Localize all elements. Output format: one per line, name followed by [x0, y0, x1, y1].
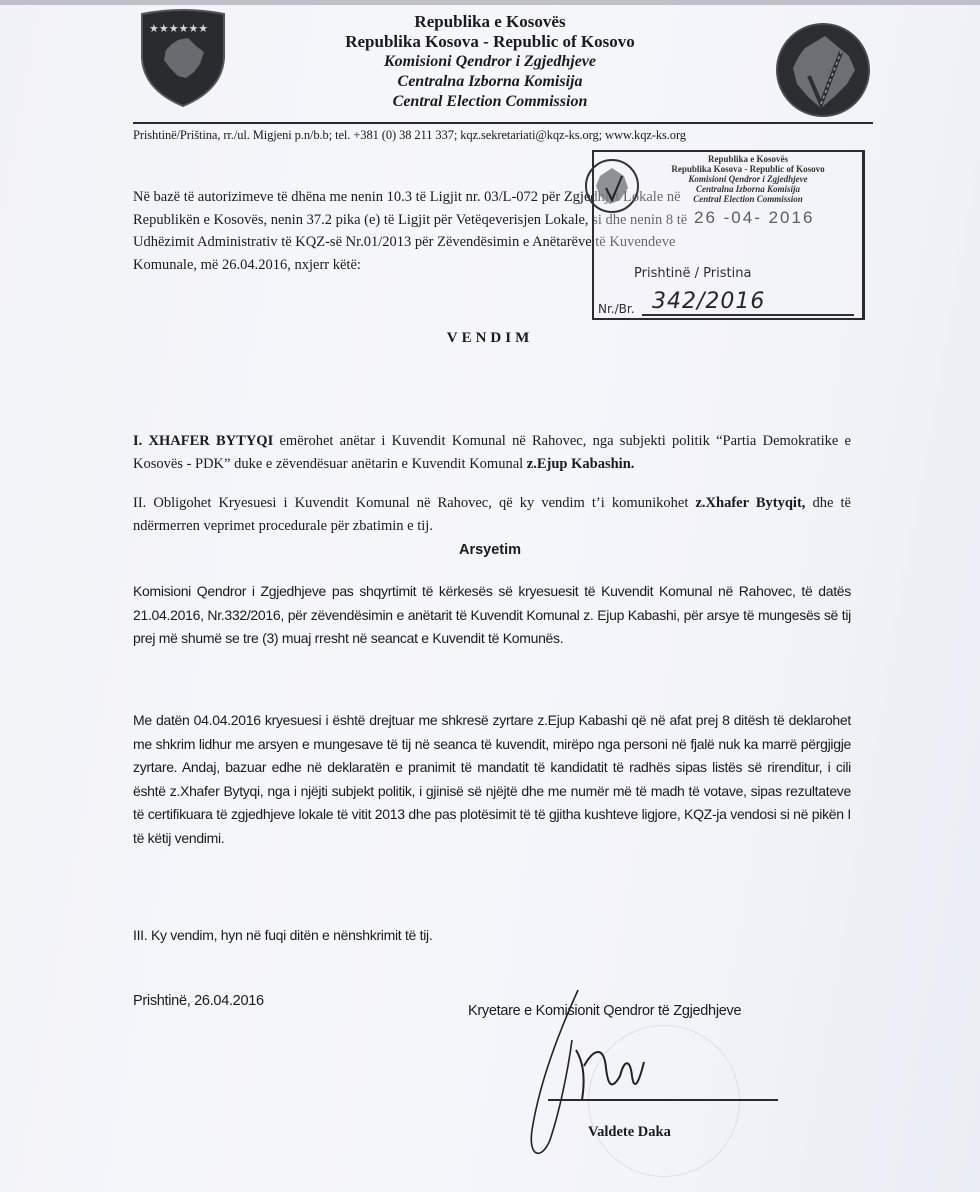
stamp-seal-icon — [584, 158, 640, 214]
reasoning-paragraph-2: Me datën 04.04.2016 kryesuesi i është dr… — [133, 709, 851, 850]
header-line-3: Komisioni Qendror i Zgjedhjeve — [300, 52, 680, 72]
document-page: ★★★★★★ Republika e Kosovës Republika Kos… — [0, 0, 980, 1192]
stamp-line-4: Centralna Izborna Komisija — [638, 184, 858, 194]
stamp-date: 26 -04- 2016 — [694, 208, 814, 228]
header-line-1: Republika e Kosovës — [300, 12, 680, 32]
section-1-replaced: z.Ejup Kabashin. — [527, 456, 635, 472]
signatory-name: Valdete Daka — [588, 1124, 671, 1141]
header-line-4: Centralna Izborna Komisija — [300, 72, 680, 92]
cec-logo-icon — [775, 22, 871, 118]
header-address: Prishtinë/Priština, rr./ul. Migjeni p.n/… — [133, 128, 686, 143]
header-line-5: Central Election Commission — [300, 92, 680, 112]
stamp-city: Prishtinë / Pristina — [634, 266, 751, 281]
stamp-line-3: Komisioni Qendror i Zgjedhjeve — [638, 174, 858, 184]
section-2-name: z.Xhafer Bytyqit, — [696, 495, 806, 511]
coat-of-arms-icon: ★★★★★★ — [138, 8, 228, 108]
section-2-text: II. Obligohet Kryesuesi i Kuvendit Komun… — [133, 495, 696, 511]
header-line-2: Republika Kosova - Republic of Kosovo — [300, 32, 680, 52]
section-1-name: I. XHAFER BYTYQI — [133, 433, 273, 449]
place-date: Prishtinë, 26.04.2016 — [133, 993, 264, 1009]
reasoning-paragraph-1: Komisioni Qendror i Zgjedhjeve pas shqyr… — [133, 580, 851, 651]
stamp-number-line — [642, 314, 854, 316]
section-3: III. Ky vendim, hyn në fuqi ditën e nëns… — [133, 924, 851, 947]
scan-edge — [0, 0, 980, 5]
decision-title: VENDIM — [0, 330, 980, 347]
stamp-number-value: 342/2016 — [652, 289, 765, 314]
stamp-line-2: Republika Kosova - Republic of Kosovo — [638, 164, 858, 174]
signature-line — [548, 1099, 778, 1101]
stamp-number-label: Nr./Br. — [598, 302, 635, 316]
header-rule — [133, 122, 873, 124]
section-2: II. Obligohet Kryesuesi i Kuvendit Komun… — [133, 492, 851, 537]
svg-text:★★★★★★: ★★★★★★ — [149, 22, 208, 35]
stamp-line-5: Central Election Commission — [638, 194, 858, 204]
reasoning-heading: Arsyetim — [0, 542, 980, 558]
section-1: I. XHAFER BYTYQI emërohet anëtar i Kuven… — [133, 430, 851, 475]
stamp-line-1: Republika e Kosovës — [638, 154, 858, 164]
handwritten-signature-icon — [520, 990, 720, 1170]
letterhead: Republika e Kosovës Republika Kosova - R… — [300, 12, 680, 112]
stamp-header: Republika e Kosovës Republika Kosova - R… — [638, 154, 858, 204]
registry-stamp: Republika e Kosovës Republika Kosova - R… — [592, 150, 865, 320]
